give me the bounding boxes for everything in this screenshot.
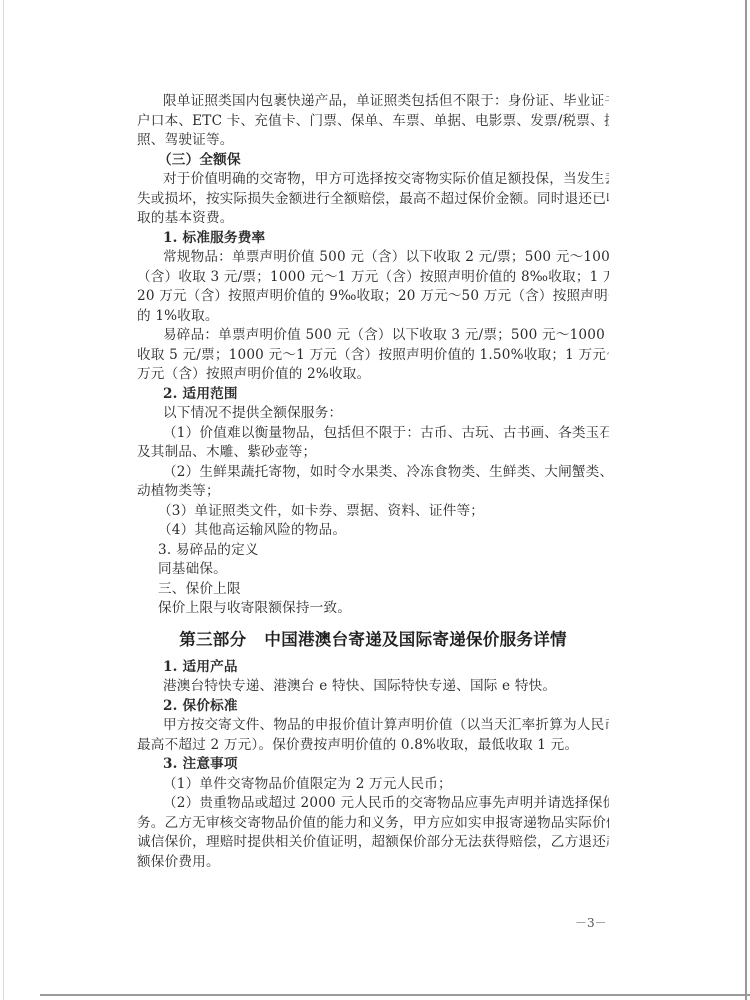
text-line: 限单证照类国内包裹快递产品，单证照类包括但不限于：身份证、毕业证书、 <box>137 92 609 112</box>
subheading-insurance-standard: 2. 保价标准 <box>137 697 609 717</box>
text-line: 取的基本资费。 <box>137 209 609 229</box>
text-line: （1）单件交寄物品价值限定为 2 万元人民币； <box>137 775 609 795</box>
section-title-text: 中国港澳台寄递及国际寄递保价服务详情 <box>264 630 566 649</box>
text-line: 诚信保价，理赔时提供相关价值证明，超额保价部分无法获得赔偿，乙方退还超 <box>137 833 609 853</box>
document-page: 限单证照类国内包裹快递产品，单证照类包括但不限于：身份证、毕业证书、 户口本、E… <box>137 92 609 872</box>
text-line: （1）价值难以衡量物品，包括但不限于：古币、古玩、古书画、各类玉石 <box>137 424 609 444</box>
text-line: 务。乙方无审核交寄物品价值的能力和义务，甲方应如实申报寄递物品实际价值， <box>137 814 609 834</box>
text-line: （含）收取 3 元/票；1000 元～1 万元（含）按照声明价值的 8‰收取；1… <box>137 268 609 288</box>
subheading-notes: 3. 注意事项 <box>137 755 609 775</box>
scan-edge-right <box>745 0 747 1000</box>
subheading-standard-rate: 1. 标准服务费率 <box>137 229 609 249</box>
text-line: 常规物品：单票声明价值 500 元（含）以下收取 2 元/票；500 元～100… <box>137 248 609 268</box>
text-line: 最高不超过 2 万元）。保价费按声明价值的 0.8%收取，最低收取 1 元。 <box>137 736 609 756</box>
text-line: （4）其他高运输风险的物品。 <box>137 521 609 541</box>
subheading-full-insurance: （三）全额保 <box>137 151 609 171</box>
scan-edge-bottom <box>40 994 750 996</box>
text-line: （2）生鲜果蔬托寄物，如时令水果类、冷冻食物类、生鲜类、大闸蟹类、 <box>137 463 609 483</box>
section-title: 第三部分中国港澳台寄递及国际寄递保价服务详情 <box>137 623 609 656</box>
subheading-insurance-limit: 三、保价上限 <box>137 580 609 600</box>
text-line: 保价上限与收寄限额保持一致。 <box>137 599 609 619</box>
subheading-fragile-definition: 3. 易碎品的定义 <box>137 541 609 561</box>
text-line: 收取 5 元/票；1000 元～1 万元（含）按照声明价值的 1.50%收取；1… <box>137 346 609 366</box>
text-line: （2）贵重物品或超过 2000 元人民币的交寄物品应事先声明并请选择保价服 <box>137 794 609 814</box>
section-part-label: 第三部分 <box>179 630 246 649</box>
subheading-scope: 2. 适用范围 <box>137 385 609 405</box>
text-line: 及其制品、木雕、紫砂壶等； <box>137 443 609 463</box>
text-line: 失或损坏，按实际损失金额进行全额赔偿，最高不超过保价金额。同时退还已收 <box>137 190 609 210</box>
text-line: 照、驾驶证等。 <box>137 131 609 151</box>
text-line: 万元（含）按照声明价值的 2%收取。 <box>137 365 609 385</box>
text-line: 甲方按交寄文件、物品的申报价值计算声明价值（以当天汇率折算为人民币， <box>137 716 609 736</box>
text-line: 对于价值明确的交寄物，甲方可选择按交寄物实际价值足额投保，当发生丢 <box>137 170 609 190</box>
text-line: 同基础保。 <box>137 560 609 580</box>
text-line: 港澳台特快专递、港澳台 e 特快、国际特快专递、国际 e 特快。 <box>137 677 609 697</box>
text-line: 额保价费用。 <box>137 853 609 873</box>
text-line: 20 万元（含）按照声明价值的 9‰收取；20 万元～50 万元（含）按照声明价… <box>137 287 609 307</box>
page-number: －3－ <box>575 914 607 931</box>
scan-edge-left <box>3 0 4 1000</box>
text-line: 以下情况不提供全额保服务： <box>137 404 609 424</box>
text-line: （3）单证照类文件，如卡券、票据、资料、证件等； <box>137 502 609 522</box>
text-line: 户口本、ETC 卡、充值卡、门票、保单、车票、单据、电影票、发票/税票、护 <box>137 112 609 132</box>
text-line: 动植物类等； <box>137 482 609 502</box>
text-line: 易碎品：单票声明价值 500 元（含）以下收取 3 元/票；500 元～1000… <box>137 326 609 346</box>
text-line: 的 1%收取。 <box>137 307 609 327</box>
subheading-applicable-products: 1. 适用产品 <box>137 658 609 678</box>
